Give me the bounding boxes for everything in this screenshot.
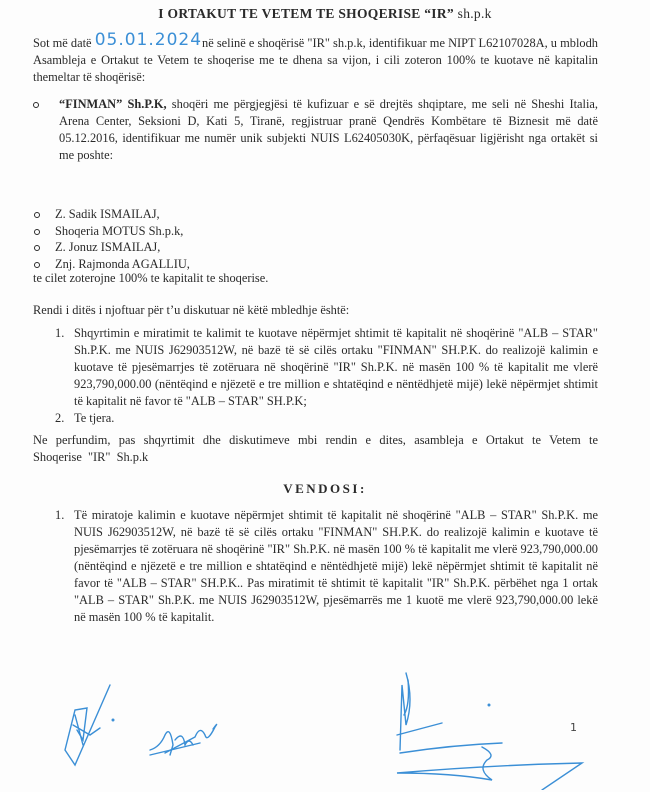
decision-item: 1. Të miratoje kalimin e kuotave nëpërmj… xyxy=(55,507,598,626)
signature-1 xyxy=(55,680,125,775)
list-item: Z. Sadik ISMAILAJ, xyxy=(33,206,598,223)
title-suffix: sh.p.k xyxy=(454,6,492,21)
item-text: Shqyrtimin e miratimit te kalimit te kuo… xyxy=(74,326,598,408)
decision-heading: VENDOSI: xyxy=(0,480,650,497)
list-item: Z. Jonuz ISMAILAJ, xyxy=(33,239,598,256)
owners-list: Z. Sadik ISMAILAJ, Shoqeria MOTUS Sh.p.k… xyxy=(33,206,598,272)
intro-prefix: Sot më datë xyxy=(33,36,95,50)
company-bullet: “FINMAN” Sh.P.K, shoqëri me përgjegjësi … xyxy=(33,96,598,164)
signature-2 xyxy=(145,715,225,760)
item-number: 1. xyxy=(55,507,64,524)
agenda-item: 2. Te tjera. xyxy=(55,410,598,427)
bullet-icon xyxy=(34,262,40,268)
ownership-statement: te cilet zoterojne 100% te kapitalit te … xyxy=(33,270,598,287)
decision-list: 1. Të miratoje kalimin e kuotave nëpërmj… xyxy=(55,507,598,626)
page-number: 1 xyxy=(570,719,577,736)
owner-name: Z. Sadik ISMAILAJ, xyxy=(55,207,160,221)
signature-3 xyxy=(392,665,592,790)
owner-name: Shoqeria MOTUS Sh.p.k, xyxy=(55,224,183,238)
document-page: I ORTAKUT TE VETEM TE SHOQERISE “IR” sh.… xyxy=(0,0,650,792)
title-main: I ORTAKUT TE VETEM TE SHOQERISE “IR” xyxy=(158,6,454,21)
item-number: 1. xyxy=(55,325,64,342)
bullet-icon xyxy=(33,102,39,108)
bullet-icon xyxy=(34,212,40,218)
intro-paragraph: Sot më datë 05.01.2024në selinë e shoqër… xyxy=(33,34,598,86)
document-title: I ORTAKUT TE VETEM TE SHOQERISE “IR” sh.… xyxy=(0,5,650,22)
conclusion-paragraph: Ne perfundim, pas shqyrtimit dhe diskuti… xyxy=(33,432,598,466)
owner-name: Znj. Rajmonda AGALLIU, xyxy=(55,257,190,271)
list-item: Shoqeria MOTUS Sh.p.k, xyxy=(33,223,598,240)
bullet-icon xyxy=(34,245,40,251)
bullet-icon xyxy=(34,229,40,235)
agenda-list: 1. Shqyrtimin e miratimit te kalimit te … xyxy=(55,325,598,427)
item-text: Te tjera. xyxy=(74,411,114,425)
company-name: “FINMAN” Sh.P.K, xyxy=(59,97,167,111)
owner-name: Z. Jonuz ISMAILAJ, xyxy=(55,240,160,254)
handwritten-date: 05.01.2024 xyxy=(95,32,202,49)
agenda-item: 1. Shqyrtimin e miratimit te kalimit te … xyxy=(55,325,598,410)
agenda-intro: Rendi i ditës i njoftuar për t’u diskutu… xyxy=(33,302,598,319)
item-text: Të miratoje kalimin e kuotave nëpërmjet … xyxy=(74,508,598,624)
item-number: 2. xyxy=(55,410,64,427)
